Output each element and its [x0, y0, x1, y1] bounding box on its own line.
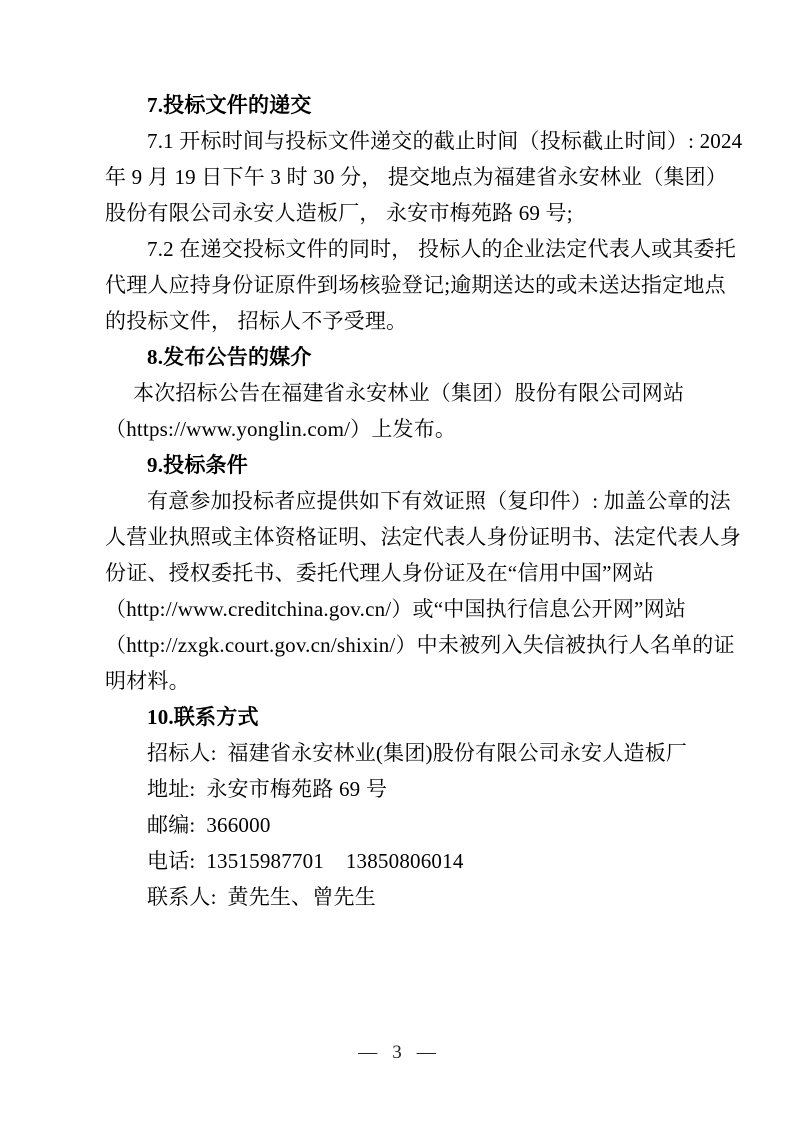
section-7-heading: 7.投标文件的递交: [105, 87, 747, 123]
contact-line-phone: 电话: 13515987701 13850806014: [105, 843, 747, 879]
text-line: 代理人应持身份证原件到场核验登记;逾期送达的或未送达指定地点: [105, 267, 747, 303]
text-line: 的投标文件， 招标人不予受理。: [105, 303, 747, 339]
page-number: 3: [392, 1042, 402, 1064]
footer-dash-left: —: [358, 1042, 377, 1064]
contact-line-person: 联系人: 黄先生、曾先生: [105, 879, 747, 915]
text-line: 有意参加投标者应提供如下有效证照（复印件）: 加盖公章的法: [105, 483, 747, 519]
section-10-heading: 10.联系方式: [105, 699, 747, 735]
page-footer: — 3 —: [0, 1035, 794, 1071]
section-9-heading: 9.投标条件: [105, 447, 747, 483]
text-line: 本次招标公告在福建省永安林业（集团）股份有限公司网站: [105, 375, 747, 411]
text-line: 明材料。: [105, 663, 747, 699]
text-line: 人营业执照或主体资格证明、法定代表人身份证明书、法定代表人身: [105, 519, 747, 555]
text-line-url: （https://www.yonglin.com/）上发布。: [105, 411, 747, 447]
contact-line-postcode: 邮编: 366000: [105, 807, 747, 843]
text-line: 股份有限公司永安人造板厂， 永安市梅苑路 69 号;: [105, 195, 747, 231]
document-page: 7.投标文件的递交 7.1 开标时间与投标文件递交的截止时间（投标截止时间）: …: [0, 0, 794, 1123]
section-8-heading: 8.发布公告的媒介: [105, 339, 747, 375]
text-line-url: （http://www.creditchina.gov.cn/）或“中国执行信息…: [105, 591, 747, 627]
text-line: 7.2 在递交投标文件的同时， 投标人的企业法定代表人或其委托: [105, 231, 747, 267]
contact-line-address: 地址: 永安市梅苑路 69 号: [105, 771, 747, 807]
text-line-url: （http://zxgk.court.gov.cn/shixin/）中未被列入失…: [105, 627, 747, 663]
document-body: 7.投标文件的递交 7.1 开标时间与投标文件递交的截止时间（投标截止时间）: …: [105, 87, 747, 915]
text-line: 份证、授权委托书、委托代理人身份证及在“信用中国”网站: [105, 555, 747, 591]
text-line: 7.1 开标时间与投标文件递交的截止时间（投标截止时间）: 2024: [105, 123, 747, 159]
footer-dash-right: —: [417, 1042, 436, 1064]
text-line: 年 9 月 19 日下午 3 时 30 分， 提交地点为福建省永安林业（集团）: [105, 159, 747, 195]
contact-line-bidder: 招标人: 福建省永安林业(集团)股份有限公司永安人造板厂: [105, 735, 747, 771]
